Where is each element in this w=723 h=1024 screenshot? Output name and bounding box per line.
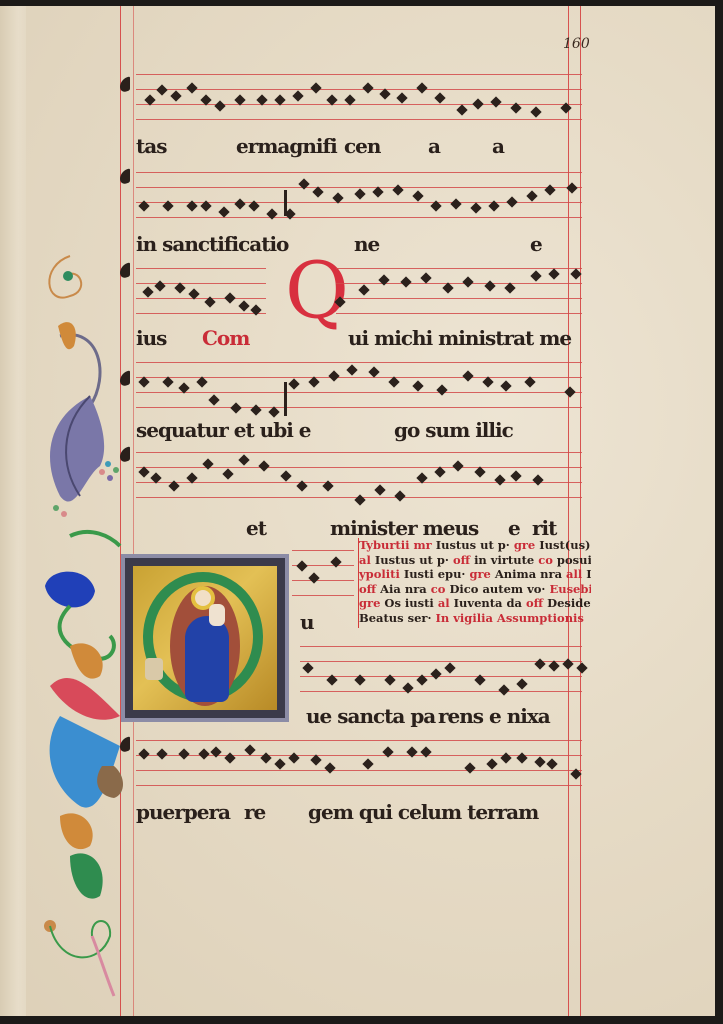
rubric-red-text: In vigilia Assumptionis: [436, 611, 584, 625]
clef-icon: [120, 76, 130, 94]
rubric-black-text: Iuventa da: [450, 596, 526, 610]
custos-icon: [576, 662, 587, 673]
rubric-black-text: Iustus ut p·: [432, 538, 514, 552]
rubric-black-text: Letamini: [582, 567, 591, 581]
rubric-text-block: Tyburtii mr Iustus ut p· gre Iust(us) no…: [358, 538, 591, 628]
rubric-red-text: gre: [359, 596, 380, 610]
staff-8: [136, 740, 582, 788]
rubric-black-text: in virtute: [470, 553, 538, 567]
rubric-row: Beatus ser· In vigilia Assumptionis: [359, 611, 591, 626]
christ-child: [209, 604, 225, 626]
manuscript-page: 160 tas ermagnifi cen a a: [0, 6, 715, 1016]
rubric-red-text: co: [431, 582, 446, 596]
foliate-border: [30, 246, 130, 1016]
rubric-row: Tyburtii mr Iustus ut p· gre Iust(us) no…: [359, 538, 591, 553]
folio-number: 160: [563, 36, 590, 52]
staff-1: [136, 74, 582, 122]
rubric-row: ypoliti Iusti epu· gre Anima nra all Let…: [359, 567, 591, 582]
staff-4: [136, 362, 582, 410]
staff-2: [136, 172, 582, 220]
rubric-row: al Iustus ut p· off in virtute co posuis…: [359, 553, 591, 568]
rubric-red-text: off: [526, 596, 543, 610]
rubric-red-text: al: [359, 553, 371, 567]
rubric-black-text: posuisti do·: [553, 553, 591, 567]
custos-icon: [566, 182, 577, 193]
rubric-red-text: al: [438, 596, 450, 610]
illuminated-initial: [121, 554, 289, 722]
rubric-row: off Aia nra co Dico autem vo· Eusebii Os…: [359, 582, 591, 597]
binding-gutter: [0, 6, 26, 1016]
rubric-black-text: Desiderium: [543, 596, 591, 610]
red-acanthus-icon: [50, 678, 120, 720]
rubric-red-text: off: [453, 553, 470, 567]
rubric-red-text: all: [566, 567, 582, 581]
vase-of-lilies: [145, 658, 163, 680]
staff-3-right: [336, 268, 582, 316]
rubric-red-text: off: [359, 582, 376, 596]
rubric-red-text: ypoliti: [359, 567, 400, 581]
right-ruling-line-outer: [580, 6, 581, 1016]
rubric-red-text: gre: [469, 567, 490, 581]
rubric-red-text: Tyburtii mr: [359, 538, 432, 552]
virgin-robe: [185, 616, 229, 702]
rubric-black-text: Os iusti: [380, 596, 437, 610]
rubric-black-text: Iusti epu·: [400, 567, 470, 581]
left-ruling-line-inner: [133, 6, 134, 1016]
custos-icon: [564, 386, 575, 397]
rubric-black-text: Beatus ser·: [359, 611, 436, 625]
staff-5: [136, 452, 582, 500]
rubric-red-text: gre: [514, 538, 535, 552]
clef-icon: [120, 168, 130, 186]
rubric-black-text: Dico autem vo·: [445, 582, 549, 596]
blue-flower-icon: [45, 572, 95, 608]
rubric-red-text: Eusebii: [549, 582, 591, 596]
right-ruling-line: [568, 6, 569, 1016]
staff-3-left: [136, 268, 266, 316]
rubric-black-text: Iustus ut p·: [371, 553, 453, 567]
rubric-black-text: Iust(us) no cot·: [535, 538, 591, 552]
staff-7: [300, 646, 582, 694]
custos-icon: [570, 268, 581, 279]
rubric-row: gre Os iusti al Iuventa da off Desideriu…: [359, 596, 591, 611]
rubric-black-text: Aia nra: [376, 582, 431, 596]
virgin-head-halo: [195, 590, 211, 606]
staff-6-short: [292, 550, 354, 598]
communion-rubric: Com: [202, 326, 249, 350]
rubric-red-text: co: [538, 553, 553, 567]
green-acanthus-icon: [70, 853, 103, 898]
rubric-black-text: Anima nra: [491, 567, 566, 581]
